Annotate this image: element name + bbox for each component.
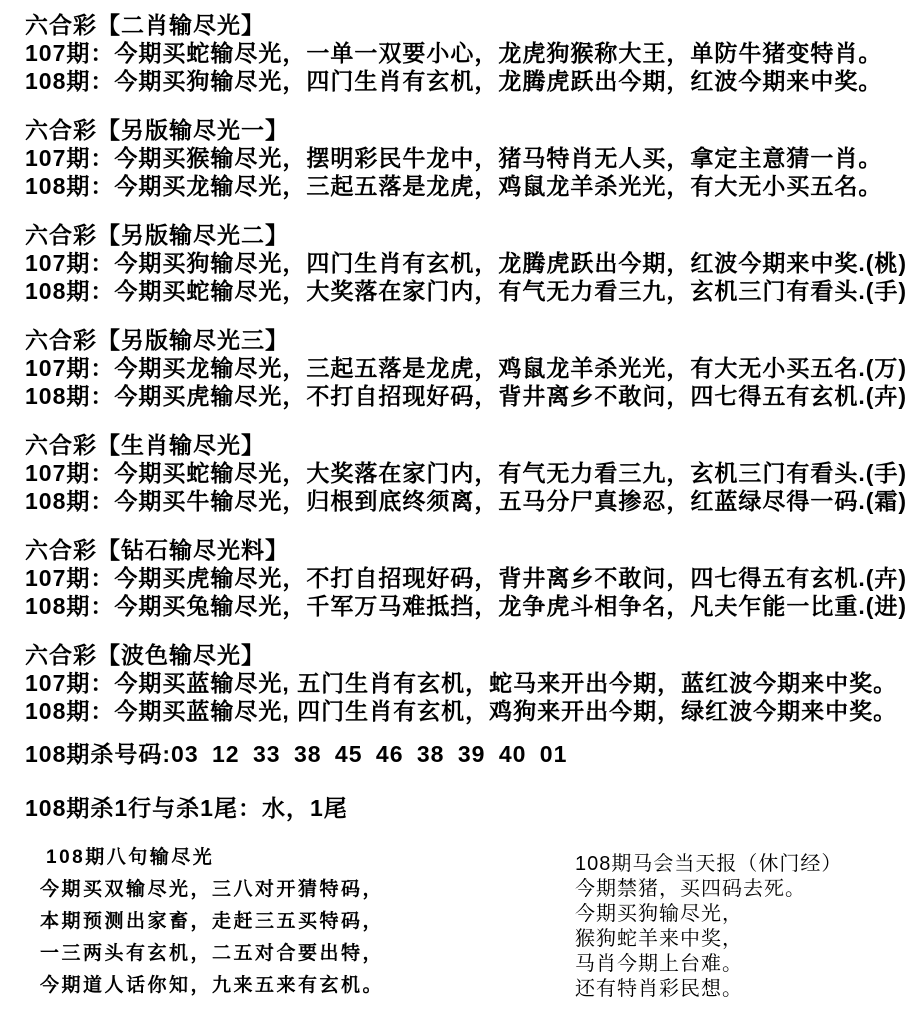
section-title: 六合彩【另版输尽光一】: [25, 116, 882, 144]
period-line-108: 108期：今期买龙输尽光，三起五落是龙虎，鸡鼠龙羊杀光光，有大无小买五名。: [25, 172, 882, 200]
section-alt-version-3: 六合彩【另版输尽光三】 107期：今期买龙输尽光，三起五落是龙虎，鸡鼠龙羊杀光光…: [25, 326, 907, 410]
horse-report-line: 马肖今期上台难。: [575, 952, 842, 977]
eight-verse-line: 一三两头有玄机，二五对合要出特，: [40, 938, 384, 970]
horse-report-line: 今期买狗输尽光，: [575, 902, 842, 927]
horse-report-line: 还有特肖彩民想。: [575, 977, 842, 1002]
period-line-107: 107期：今期买蛇输尽光，一单一双要小心，龙虎狗猴称大王，单防牛猪变特肖。: [25, 39, 882, 67]
horse-report-line: 猴狗蛇羊来中奖，: [575, 927, 842, 952]
eight-verse-line: 今期买双输尽光，三八对开猜特码，: [40, 874, 384, 906]
period-line-108: 108期：今期买蛇输尽光，大奖落在家门内，有气无力看三九，玄机三门有看头.(手): [25, 277, 907, 305]
eight-verse-line: 今期道人话你知，九来五来有玄机。: [40, 970, 384, 1002]
section-shengxiao: 六合彩【生肖输尽光】 107期：今期买蛇输尽光，大奖落在家门内，有气无力看三九，…: [25, 431, 907, 515]
section-title: 六合彩【生肖输尽光】: [25, 431, 907, 459]
period-line-107: 107期：今期买龙输尽光，三起五落是龙虎，鸡鼠龙羊杀光光，有大无小买五名.(万): [25, 354, 907, 382]
section-title: 六合彩【钻石输尽光料】: [25, 536, 907, 564]
horse-report-line: 今期禁猪，买四码去死。: [575, 877, 842, 902]
horse-report-title: 108期马会当天报（休门经）: [575, 852, 842, 877]
horse-report-block: 108期马会当天报（休门经） 今期禁猪，买四码去死。 今期买狗输尽光， 猴狗蛇羊…: [575, 852, 842, 1002]
period-line-107: 107期：今期买蓝输尽光, 五门生肖有玄机，蛇马来开出今期，蓝红波今期来中奖。: [25, 669, 897, 697]
section-bose: 六合彩【波色输尽光】 107期：今期买蓝输尽光, 五门生肖有玄机，蛇马来开出今期…: [25, 641, 897, 725]
section-title: 六合彩【另版输尽光二】: [25, 221, 907, 249]
section-alt-version-2: 六合彩【另版输尽光二】 107期：今期买狗输尽光，四门生肖有玄机，龙腾虎跃出今期…: [25, 221, 907, 305]
period-line-108: 108期：今期买蓝输尽光, 四门生肖有玄机，鸡狗来开出今期，绿红波今期来中奖。: [25, 697, 897, 725]
eight-verse-title: 108期八句输尽光: [46, 842, 384, 874]
section-title: 六合彩【另版输尽光三】: [25, 326, 907, 354]
kill-numbers-line: 108期杀号码:03 12 33 38 45 46 38 39 40 01: [25, 736, 567, 769]
kill-row-tail-line: 108期杀1行与杀1尾：水，1尾: [25, 790, 348, 823]
period-line-107: 107期：今期买蛇输尽光，大奖落在家门内，有气无力看三九，玄机三门有看头.(手): [25, 459, 907, 487]
period-line-107: 107期：今期买狗输尽光，四门生肖有玄机，龙腾虎跃出今期，红波今期来中奖.(桃): [25, 249, 907, 277]
section-title: 六合彩【二肖输尽光】: [25, 11, 882, 39]
period-line-108: 108期：今期买虎输尽光，不打自招现好码，背井离乡不敢问，四七得五有玄机.(卉): [25, 382, 907, 410]
period-line-108: 108期：今期买狗输尽光，四门生肖有玄机，龙腾虎跃出今期，红波今期来中奖。: [25, 67, 882, 95]
eight-verse-block: 108期八句输尽光 今期买双输尽光，三八对开猜特码， 本期预测出家畜，走赶三五买…: [40, 842, 384, 1002]
period-line-107: 107期：今期买猴输尽光，摆明彩民牛龙中，猪马特肖无人买，拿定主意猜一肖。: [25, 144, 882, 172]
section-two-xiao: 六合彩【二肖输尽光】 107期：今期买蛇输尽光，一单一双要小心，龙虎狗猴称大王，…: [25, 11, 882, 95]
period-line-107: 107期：今期买虎输尽光，不打自招现好码，背井离乡不敢问，四七得五有玄机.(卉): [25, 564, 907, 592]
period-line-108: 108期：今期买兔输尽光，千军万马难抵挡，龙争虎斗相争名，凡夫乍能一比重.(进): [25, 592, 907, 620]
section-zuanshi: 六合彩【钻石输尽光料】 107期：今期买虎输尽光，不打自招现好码，背井离乡不敢问…: [25, 536, 907, 620]
period-line-108: 108期：今期买牛输尽光，归根到底终须离，五马分尸真掺忍，红蓝绿尽得一码.(霜): [25, 487, 907, 515]
eight-verse-line: 本期预测出家畜，走赶三五买特码，: [40, 906, 384, 938]
section-title: 六合彩【波色输尽光】: [25, 641, 897, 669]
section-alt-version-1: 六合彩【另版输尽光一】 107期：今期买猴输尽光，摆明彩民牛龙中，猪马特肖无人买…: [25, 116, 882, 200]
